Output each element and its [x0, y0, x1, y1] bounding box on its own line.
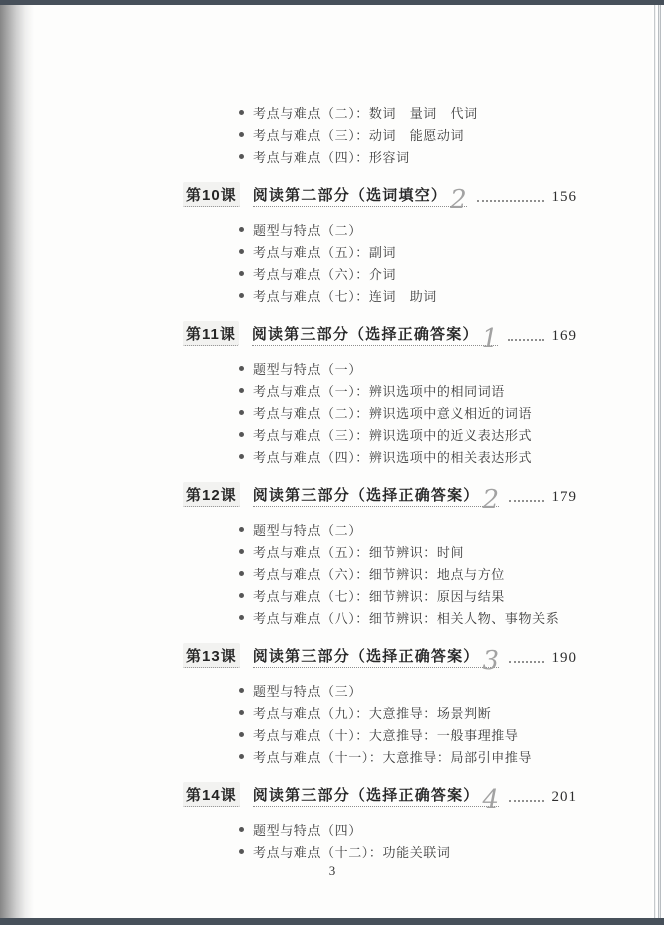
toc-item: 考点与难点（五）：细节辨识：时间	[239, 540, 577, 562]
toc-item: 考点与难点（六）：介词	[239, 262, 577, 284]
toc-item-label: 考点与难点（一）：辨识选项中的相同词语	[253, 381, 505, 400]
dotted-leader	[509, 661, 543, 663]
bullet-icon	[239, 388, 244, 393]
bullet-icon	[239, 366, 244, 371]
toc-item-label: 考点与难点（七）：细节辨识：原因与结果	[253, 586, 505, 605]
lesson-title: 阅读第三部分（选择正确答案）	[253, 645, 480, 666]
lesson-title-group: 阅读第二部分（选词填空） 2	[253, 184, 467, 207]
toc-item-label: 考点与难点（八）：细节辨识：相关人物、事物关系	[253, 608, 559, 627]
lesson-12-item-list: 题型与特点（二） 考点与难点（五）：细节辨识：时间 考点与难点（六）：细节辨识：…	[183, 518, 577, 628]
toc-item-label: 考点与难点（六）：细节辨识：地点与方位	[253, 564, 505, 583]
toc-item-label: 考点与难点（九）：大意推导：场景判断	[253, 703, 491, 722]
toc-item: 考点与难点（四）：辨识选项中的相关表达形式	[239, 445, 577, 467]
dotted-leader	[477, 200, 544, 202]
toc-item: 考点与难点（五）：副词	[239, 240, 577, 262]
dotted-leader	[508, 339, 543, 341]
toc-item-label: 考点与难点（二）：数词 量词 代词	[253, 103, 478, 122]
lesson-part-numeral: 4	[483, 792, 500, 808]
bullet-icon	[239, 527, 244, 532]
lesson-part-numeral: 3	[483, 653, 500, 669]
toc-item: 考点与难点（七）：细节辨识：原因与结果	[239, 584, 577, 606]
lesson-part-numeral: 2	[450, 192, 467, 208]
toc-item: 考点与难点（一）：辨识选项中的相同词语	[239, 379, 577, 401]
lesson-title-group: 阅读第三部分（选择正确答案） 3	[253, 645, 499, 668]
bullet-icon	[239, 454, 244, 459]
lesson-14-item-list: 题型与特点（四） 考点与难点（十二）：功能关联词	[183, 818, 577, 862]
page-ref: 156	[552, 189, 578, 206]
toc-item-label: 考点与难点（七）：连词 助词	[253, 286, 437, 305]
lesson-label: 第10课	[183, 182, 240, 207]
bullet-icon	[239, 849, 244, 854]
bullet-icon	[239, 688, 244, 693]
toc-item-label: 考点与难点（二）：辨识选项中意义相近的词语	[253, 403, 532, 422]
toc-item-label: 题型与特点（四）	[253, 820, 362, 839]
toc-item-label: 考点与难点（五）：细节辨识：时间	[253, 542, 464, 561]
toc-item: 考点与难点（三）：辨识选项中的近义表达形式	[239, 423, 577, 445]
toc-item: 考点与难点（六）：细节辨识：地点与方位	[239, 562, 577, 584]
toc-item: 题型与特点（二）	[239, 518, 577, 540]
toc-item: 考点与难点（二）：数词 量词 代词	[239, 101, 577, 123]
toc-item: 考点与难点（十二）：功能关联词	[239, 840, 577, 862]
bullet-icon	[239, 271, 244, 276]
bullet-icon	[239, 571, 244, 576]
toc-item: 考点与难点（八）：细节辨识：相关人物、事物关系	[239, 606, 577, 628]
toc-item-label: 题型与特点（二）	[253, 520, 362, 539]
intro-item-list: 考点与难点（二）：数词 量词 代词 考点与难点（三）：动词 能愿动词 考点与难点…	[183, 101, 577, 167]
bullet-icon	[239, 710, 244, 715]
bullet-icon	[239, 615, 244, 620]
lesson-13-heading: 第13课 阅读第三部分（选择正确答案） 3 190	[183, 641, 577, 668]
page-ref: 179	[552, 489, 578, 506]
lesson-title: 阅读第三部分（选择正确答案）	[253, 484, 480, 505]
dotted-leader	[509, 800, 543, 802]
bullet-icon	[239, 132, 244, 137]
toc-item-label: 题型与特点（二）	[253, 220, 362, 239]
toc-item: 题型与特点（二）	[239, 218, 577, 240]
lesson-part-numeral: 1	[482, 331, 499, 347]
toc-item: 考点与难点（二）：辨识选项中意义相近的词语	[239, 401, 577, 423]
bullet-icon	[239, 732, 244, 737]
toc-item-label: 考点与难点（四）：辨识选项中的相关表达形式	[253, 447, 532, 466]
page-ref: 190	[552, 650, 578, 667]
bullet-icon	[239, 410, 244, 415]
folio-page-number: 3	[0, 863, 664, 879]
toc-item-label: 考点与难点（五）：副词	[253, 242, 396, 261]
lesson-label: 第11课	[183, 321, 239, 346]
bullet-icon	[239, 827, 244, 832]
bullet-icon	[239, 293, 244, 298]
lesson-14-heading: 第14课 阅读第三部分（选择正确答案） 4 201	[183, 780, 577, 807]
lesson-label: 第14课	[183, 782, 240, 807]
bullet-icon	[239, 249, 244, 254]
toc-item-label: 考点与难点（三）：辨识选项中的近义表达形式	[253, 425, 532, 444]
lesson-10-item-list: 题型与特点（二） 考点与难点（五）：副词 考点与难点（六）：介词 考点与难点（七…	[183, 218, 577, 306]
lesson-title: 阅读第三部分（选择正确答案）	[253, 784, 480, 805]
toc-item: 考点与难点（七）：连词 助词	[239, 284, 577, 306]
lesson-title: 阅读第二部分（选词填空）	[253, 184, 447, 205]
lesson-12-heading: 第12课 阅读第三部分（选择正确答案） 2 179	[183, 480, 577, 507]
lesson-11-item-list: 题型与特点（一） 考点与难点（一）：辨识选项中的相同词语 考点与难点（二）：辨识…	[183, 357, 577, 467]
toc-item-label: 考点与难点（四）：形容词	[253, 147, 410, 166]
toc-item-label: 题型与特点（一）	[253, 359, 362, 378]
toc-item-label: 考点与难点（十）：大意推导：一般事理推导	[253, 725, 519, 744]
toc-item: 考点与难点（三）：动词 能愿动词	[239, 123, 577, 145]
lesson-label: 第13课	[183, 643, 240, 668]
toc-item: 考点与难点（九）：大意推导：场景判断	[239, 701, 577, 723]
bullet-icon	[239, 754, 244, 759]
scanned-book-page: 考点与难点（二）：数词 量词 代词 考点与难点（三）：动词 能愿动词 考点与难点…	[0, 0, 664, 925]
toc-content: 考点与难点（二）：数词 量词 代词 考点与难点（三）：动词 能愿动词 考点与难点…	[183, 5, 577, 862]
toc-item: 题型与特点（四）	[239, 818, 577, 840]
bullet-icon	[239, 154, 244, 159]
bullet-icon	[239, 227, 244, 232]
toc-item-label: 考点与难点（十二）：功能关联词	[253, 842, 451, 861]
lesson-title-group: 阅读第三部分（选择正确答案） 2	[253, 484, 499, 507]
lesson-13-item-list: 题型与特点（三） 考点与难点（九）：大意推导：场景判断 考点与难点（十）：大意推…	[183, 679, 577, 767]
bullet-icon	[239, 110, 244, 115]
toc-item-label: 考点与难点（六）：介词	[253, 264, 396, 283]
page-edge-stripes	[652, 5, 664, 918]
bullet-icon	[239, 432, 244, 437]
page-gutter-shadow	[0, 5, 34, 918]
toc-item: 考点与难点（十）：大意推导：一般事理推导	[239, 723, 577, 745]
toc-item-label: 题型与特点（三）	[253, 681, 362, 700]
lesson-title-group: 阅读第三部分（选择正确答案） 4	[253, 784, 499, 807]
toc-item-label: 考点与难点（三）：动词 能愿动词	[253, 125, 464, 144]
lesson-title: 阅读第三部分（选择正确答案）	[252, 323, 479, 344]
toc-item: 题型与特点（一）	[239, 357, 577, 379]
lesson-label: 第12课	[183, 482, 240, 507]
book-page: 考点与难点（二）：数词 量词 代词 考点与难点（三）：动词 能愿动词 考点与难点…	[0, 5, 664, 918]
lesson-title-group: 阅读第三部分（选择正确答案） 1	[252, 323, 498, 346]
toc-item: 考点与难点（四）：形容词	[239, 145, 577, 167]
toc-item: 题型与特点（三）	[239, 679, 577, 701]
toc-item: 考点与难点（十一）：大意推导：局部引申推导	[239, 745, 577, 767]
bullet-icon	[239, 593, 244, 598]
lesson-10-heading: 第10课 阅读第二部分（选词填空） 2 156	[183, 180, 577, 207]
page-ref: 169	[552, 328, 578, 345]
page-ref: 201	[552, 789, 578, 806]
bullet-icon	[239, 549, 244, 554]
toc-item-label: 考点与难点（十一）：大意推导：局部引申推导	[253, 747, 532, 766]
lesson-11-heading: 第11课 阅读第三部分（选择正确答案） 1 169	[183, 319, 577, 346]
dotted-leader	[509, 500, 543, 502]
lesson-part-numeral: 2	[483, 492, 500, 508]
